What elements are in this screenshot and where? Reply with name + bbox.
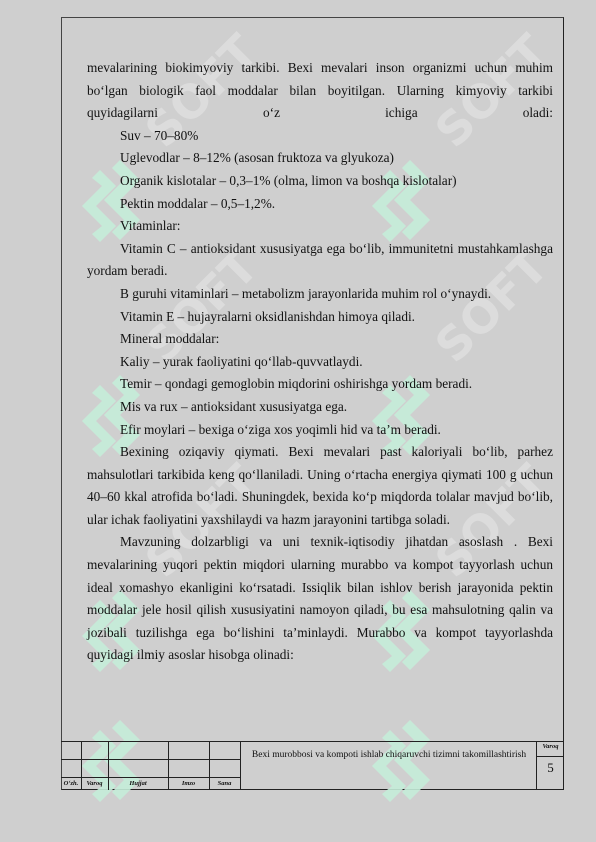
paragraph: Mavzuning dolzarbligi va uni texnik-iqti… — [87, 531, 553, 667]
list-item: Uglevodlar – 8–12% (asosan fruktoza va g… — [87, 147, 553, 170]
paragraph: mevalarining biokimyoviy tarkibi. Bexi m… — [87, 57, 553, 125]
title-block-row-line — [61, 759, 240, 760]
page-number: 5 — [537, 760, 564, 776]
list-item: Mis va rux – antioksidant xususiyatga eg… — [87, 396, 553, 419]
list-item: Organik kislotalar – 0,3–1% (olma, limon… — [87, 170, 553, 193]
sheet-label-line — [536, 756, 564, 757]
list-item: Efir moylari – bexiga o‘ziga xos yoqimli… — [87, 419, 553, 442]
col-label-date: Sana — [209, 779, 240, 789]
list-item: Pektin moddalar – 0,5–1,2%. — [87, 193, 553, 216]
col-label-sheet: Varoq — [81, 779, 108, 789]
list-item: Suv – 70–80% — [87, 125, 553, 148]
list-item: Kaliy – yurak faoliyatini qo‘llab-quvvat… — [87, 351, 553, 374]
list-item: Vitaminlar: — [87, 215, 553, 238]
title-block-col-line — [240, 741, 241, 790]
col-label-signature: Imzo — [168, 779, 209, 789]
col-label-change: O‘zh. — [61, 779, 81, 789]
title-block-row-line — [61, 777, 240, 778]
list-item: Mineral moddalar: — [87, 328, 553, 351]
sheet-label: Varoq — [537, 743, 564, 750]
list-item: Temir – qondagi gemoglobin miqdorini osh… — [87, 373, 553, 396]
body-text: mevalarining biokimyoviy tarkibi. Bexi m… — [87, 57, 553, 667]
paragraph: Bexining oziqaviy qiymati. Bexi mevalari… — [87, 441, 553, 531]
document-title: Bexi murobbosi va kompoti ishlab chiqaru… — [244, 748, 534, 763]
paragraph: Vitamin C – antioksidant xususiyatga ega… — [87, 238, 553, 283]
list-item: B guruhi vitaminlari – metabolizm jarayo… — [87, 283, 553, 306]
col-label-document: Hujjat — [108, 779, 168, 789]
list-item: Vitamin E – hujayralarni oksidlanishdan … — [87, 306, 553, 329]
